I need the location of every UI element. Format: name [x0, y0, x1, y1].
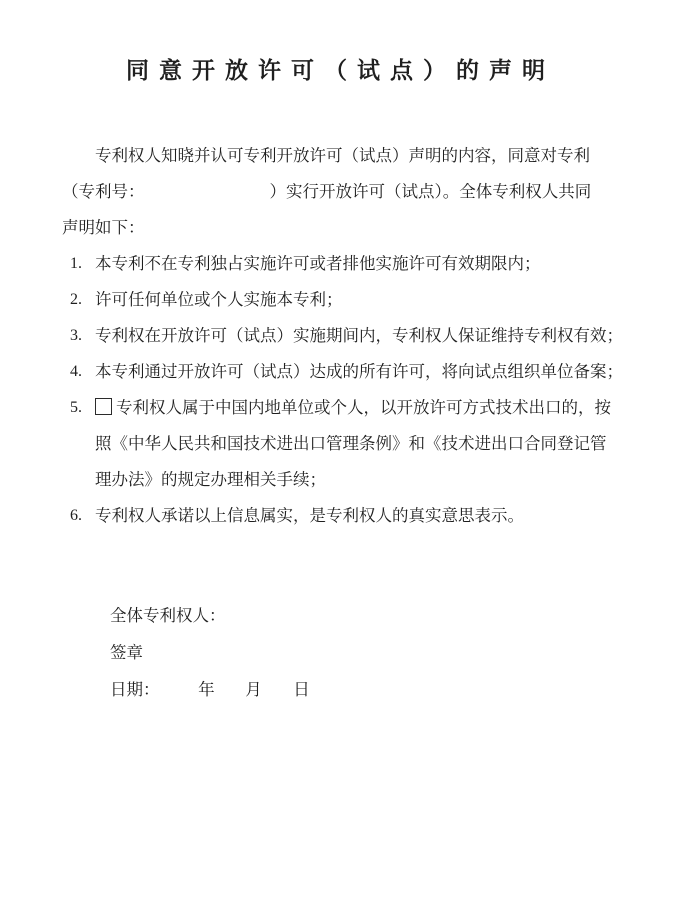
item-number: 1. [70, 246, 95, 282]
item-text: 专利权在开放许可（试点）实施期间内，专利权人保证维持专利权有效； [95, 318, 635, 354]
list-item: 5. 专利权人属于中国内地单位或个人，以开放许可方式技术出口的，按 照《中华人民… [70, 390, 635, 498]
seal-label: 签章 [110, 635, 635, 672]
list-item: 2. 许可任何单位或个人实施本专利； [70, 282, 635, 318]
item-number: 6. [70, 498, 95, 534]
list-item: 3. 专利权在开放许可（试点）实施期间内，专利权人保证维持专利权有效； [70, 318, 635, 354]
item-text-content: 专利权人属于中国内地单位或个人，以开放许可方式技术出口的，按 照《中华人民共和国… [95, 399, 611, 489]
item-number: 4. [70, 354, 95, 390]
item-text: 本专利不在专利独占实施许可或者排他实施许可有效期限内； [95, 246, 635, 282]
declaration-list: 1. 本专利不在专利独占实施许可或者排他实施许可有效期限内； 2. 许可任何单位… [70, 246, 635, 534]
item-number: 3. [70, 318, 95, 354]
date-label: 日期： [110, 681, 160, 699]
document-title: 同意开放许可（试点）的声明 [62, 0, 619, 88]
item-text: 专利权人属于中国内地单位或个人，以开放许可方式技术出口的，按 照《中华人民共和国… [95, 390, 635, 498]
patent-number-field[interactable] [145, 183, 270, 203]
item-text: 本专利通过开放许可（试点）达成的所有许可，将向试点组织单位备案； [95, 354, 635, 390]
date-line: 日期： 年 月 日 [110, 672, 635, 709]
intro-line-2: （专利号：）实行开放许可（试点）。全体专利权人共同 [62, 174, 635, 210]
signature-section: 全体专利权人： 签章 日期： 年 月 日 [110, 598, 635, 709]
month-label: 月 [245, 681, 262, 699]
day-label: 日 [293, 681, 310, 699]
technology-export-checkbox[interactable] [95, 398, 112, 415]
intro-paragraph: 专利权人知晓并认可专利开放许可（试点）声明的内容，同意对专利 （专利号：）实行开… [62, 138, 635, 246]
patentees-label: 全体专利权人： [110, 598, 635, 635]
item-text: 专利权人承诺以上信息属实，是专利权人的真实意思表示。 [95, 498, 635, 534]
year-label: 年 [198, 681, 215, 699]
item-number: 5. [70, 390, 95, 426]
list-item: 1. 本专利不在专利独占实施许可或者排他实施许可有效期限内； [70, 246, 635, 282]
item-text: 许可任何单位或个人实施本专利； [95, 282, 635, 318]
list-item: 6. 专利权人承诺以上信息属实，是专利权人的真实意思表示。 [70, 498, 635, 534]
document-page: 同意开放许可（试点）的声明 专利权人知晓并认可专利开放许可（试点）声明的内容，同… [0, 0, 675, 900]
intro-line-2-suffix: ）实行开放许可（试点）。全体专利权人共同 [270, 183, 592, 201]
intro-line-3: 声明如下： [62, 210, 635, 246]
item-number: 2. [70, 282, 95, 318]
patent-number-label: （专利号： [62, 183, 145, 201]
intro-line-1: 专利权人知晓并认可专利开放许可（试点）声明的内容，同意对专利 [62, 138, 635, 174]
list-item: 4. 本专利通过开放许可（试点）达成的所有许可，将向试点组织单位备案； [70, 354, 635, 390]
